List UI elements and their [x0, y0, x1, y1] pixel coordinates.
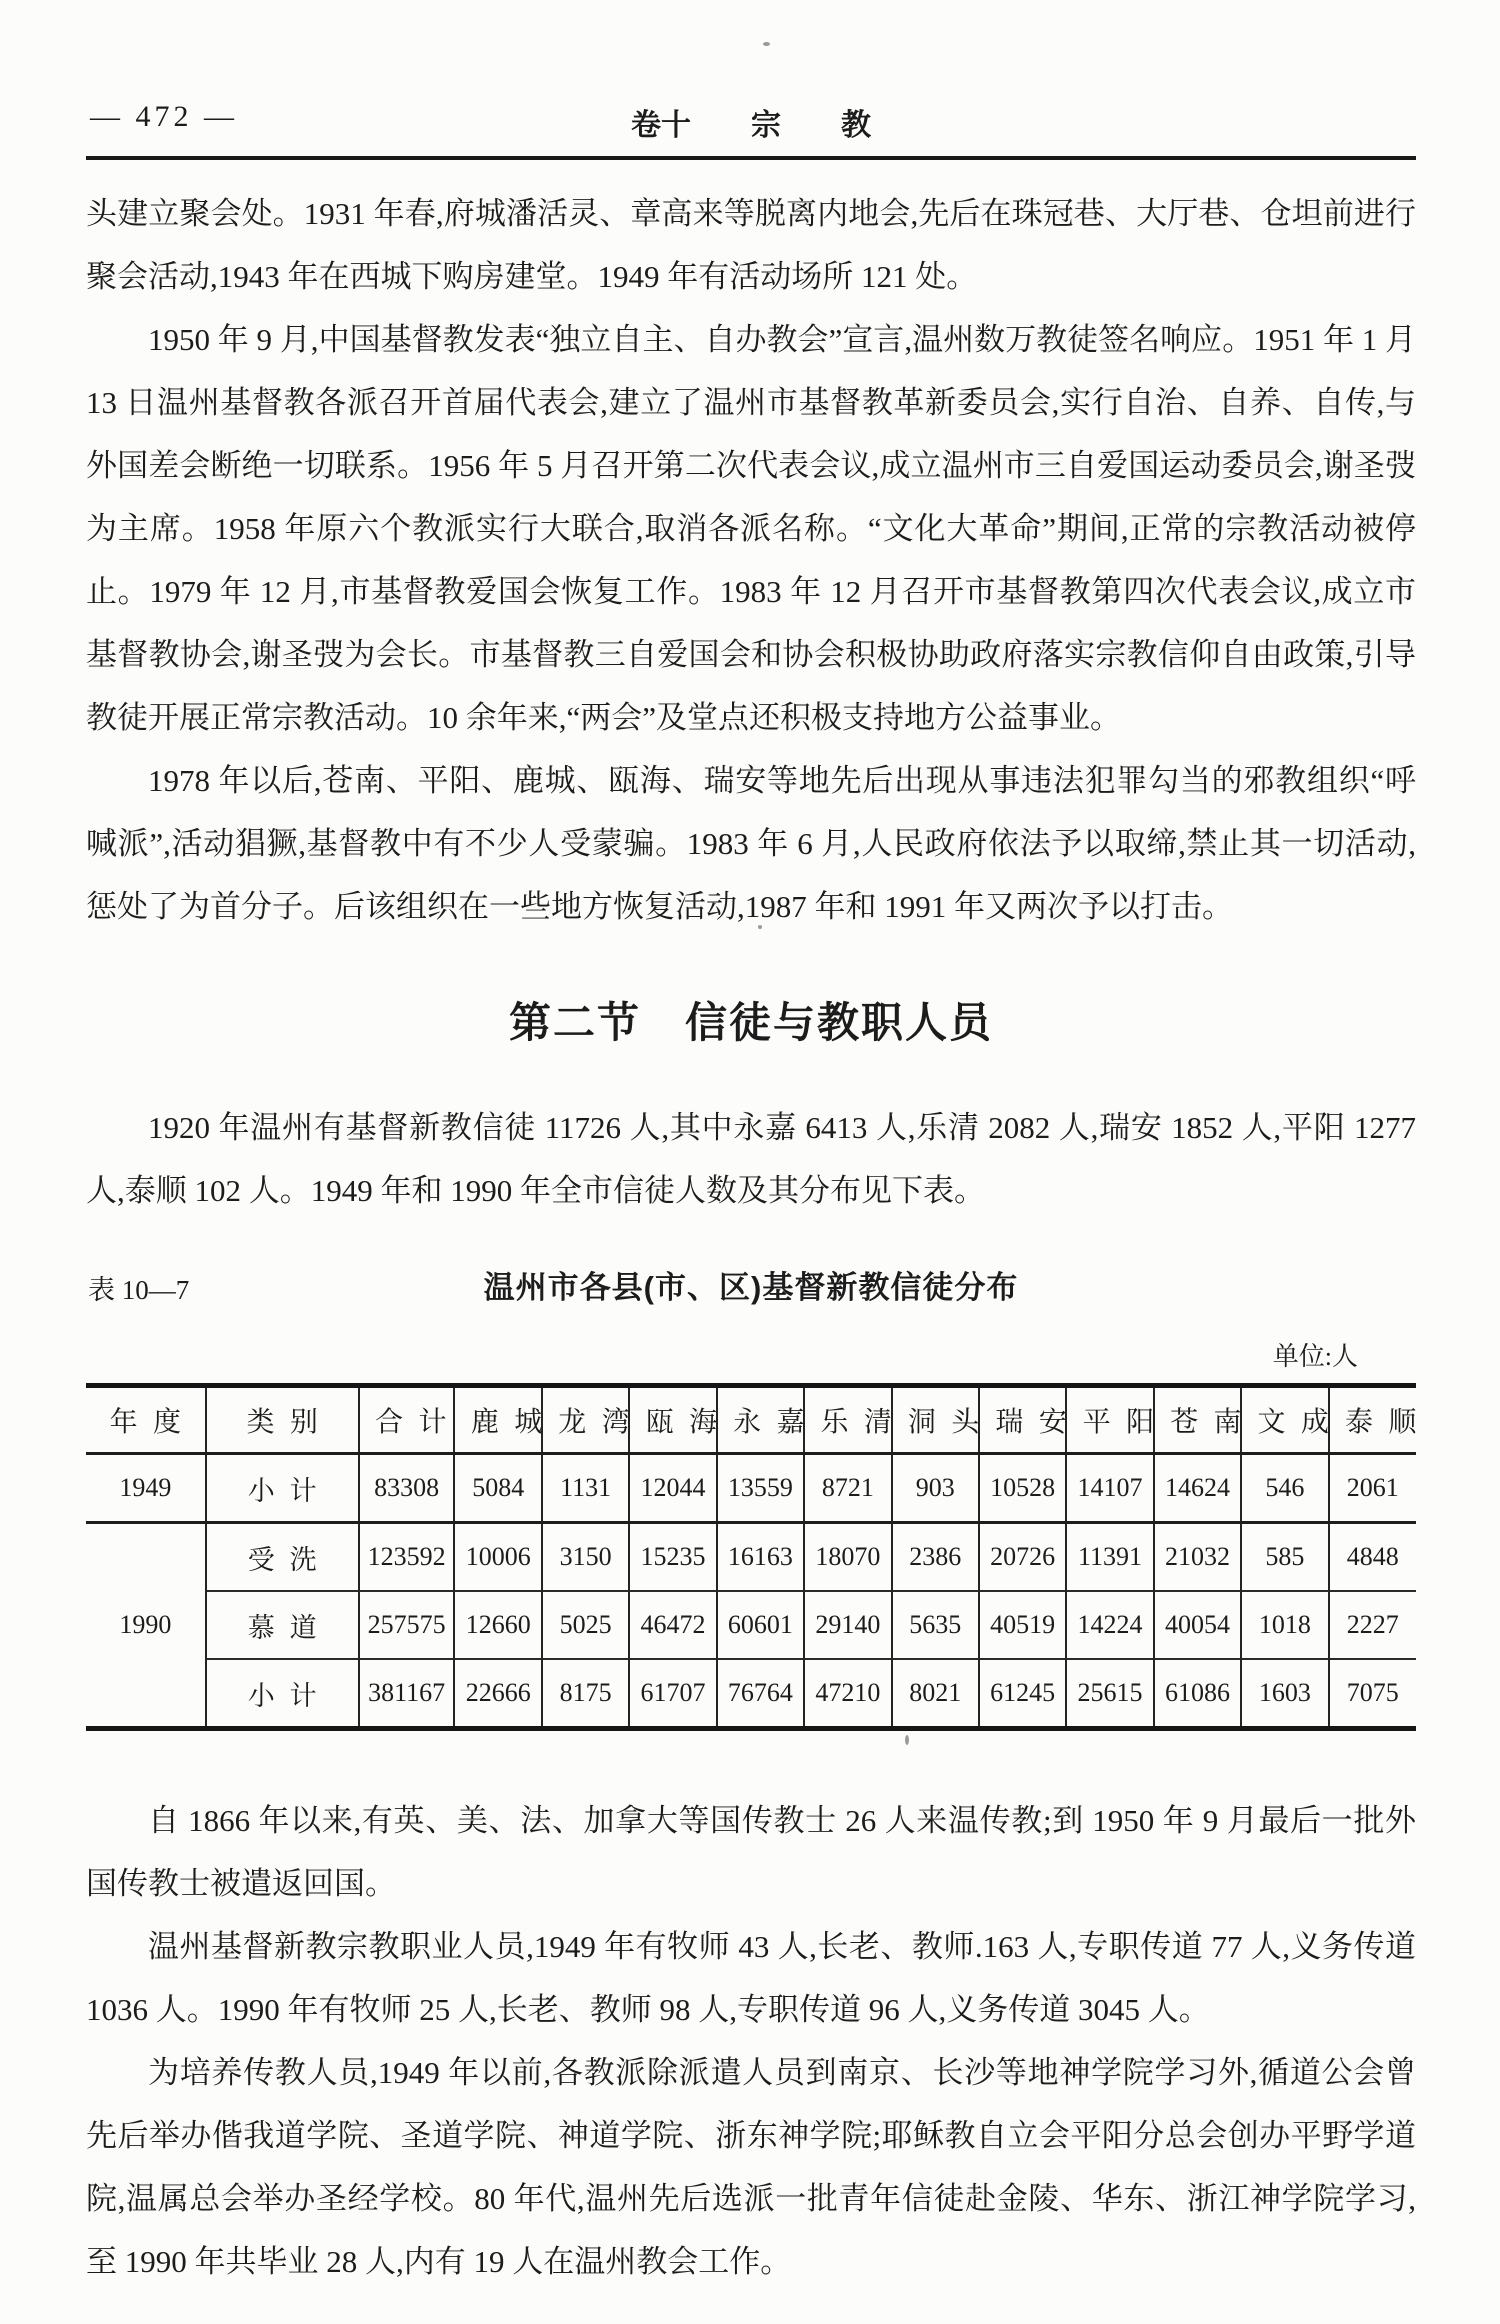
- table-cell: 2386: [892, 1523, 979, 1592]
- category-cell: 受洗: [206, 1523, 359, 1592]
- table-cell: 123592: [359, 1523, 455, 1592]
- table-cell: 1018: [1241, 1591, 1328, 1659]
- table-header-cell: 永嘉: [717, 1386, 804, 1454]
- paragraph: 1920 年温州有基督新教信徒 11726 人,其中永嘉 6413 人,乐清 2…: [86, 1096, 1416, 1222]
- table-cell: 12044: [629, 1454, 716, 1523]
- year-cell: 1990: [86, 1523, 206, 1729]
- unit-label: 单位:人: [86, 1336, 1416, 1373]
- table-cell: 16163: [717, 1523, 804, 1592]
- running-header: — 472 — 卷十 宗 教: [86, 100, 1416, 144]
- table-header-cell: 龙湾: [542, 1386, 629, 1454]
- table-row: 1990 受洗 123592 10006 3150 15235 16163 18…: [86, 1523, 1416, 1592]
- table-cell: 14624: [1154, 1454, 1241, 1523]
- table-cell: 546: [1241, 1454, 1328, 1523]
- scan-speck: [763, 42, 770, 46]
- category-cell: 小计: [206, 1454, 359, 1523]
- table-cell: 40519: [979, 1591, 1066, 1659]
- table-cell: 22666: [454, 1659, 541, 1729]
- scan-speck: [758, 925, 762, 929]
- table-header-cell: 瑞安: [979, 1386, 1066, 1454]
- table-cell: 25615: [1066, 1659, 1153, 1729]
- table-cell: 5084: [454, 1454, 541, 1523]
- table-header-cell: 苍南: [1154, 1386, 1241, 1454]
- table-cell: 21032: [1154, 1523, 1241, 1592]
- table-cell: 5635: [892, 1591, 979, 1659]
- believers-distribution-table: 年度 类别 合计 鹿城 龙湾 瓯海 永嘉 乐清 洞头 瑞安 平阳 苍南 文成 泰…: [86, 1383, 1416, 1731]
- table-cell: 14224: [1066, 1591, 1153, 1659]
- table-cell: 1131: [542, 1454, 629, 1523]
- table-row: 1949 小计 83308 5084 1131 12044 13559 8721…: [86, 1454, 1416, 1523]
- table-cell: 61245: [979, 1659, 1066, 1729]
- table-row: 小计 381167 22666 8175 61707 76764 47210 8…: [86, 1659, 1416, 1729]
- table-cell: 257575: [359, 1591, 455, 1659]
- table-header-cell: 洞头: [892, 1386, 979, 1454]
- table-cell: 18070: [804, 1523, 891, 1592]
- body-text-block: 头建立聚会处。1931 年春,府城潘活灵、章高来等脱离内地会,先后在珠冠巷、大厅…: [86, 182, 1416, 938]
- table-cell: 13559: [717, 1454, 804, 1523]
- table-header-cell: 泰顺: [1329, 1386, 1416, 1454]
- table-cell: 5025: [542, 1591, 629, 1659]
- table-cell: 60601: [717, 1591, 804, 1659]
- header-divider: [86, 156, 1416, 160]
- table-cell: 12660: [454, 1591, 541, 1659]
- table-cell: 381167: [359, 1659, 455, 1729]
- year-cell: 1949: [86, 1454, 206, 1523]
- table-cell: 14107: [1066, 1454, 1153, 1523]
- table-header-cell: 年度: [86, 1386, 206, 1454]
- table-cell: 83308: [359, 1454, 455, 1523]
- table-cell: 1603: [1241, 1659, 1328, 1729]
- table-cell: 10006: [454, 1523, 541, 1592]
- paragraph: 自 1866 年以来,有英、美、法、加拿大等国传教士 26 人来温传教;到 19…: [86, 1789, 1416, 1915]
- paragraph: 为培养传教人员,1949 年以前,各教派除派遣人员到南京、长沙等地神学院学习外,…: [86, 2041, 1416, 2293]
- table-cell: 585: [1241, 1523, 1328, 1592]
- category-cell: 小计: [206, 1659, 359, 1729]
- table-cell: 29140: [804, 1591, 891, 1659]
- table-cell: 46472: [629, 1591, 716, 1659]
- table-cell: 903: [892, 1454, 979, 1523]
- table-cell: 61086: [1154, 1659, 1241, 1729]
- table-cell: 3150: [542, 1523, 629, 1592]
- table-cell: 7075: [1329, 1659, 1416, 1729]
- section-title: 第二节 信徒与教职人员: [86, 990, 1416, 1050]
- table-cell: 8021: [892, 1659, 979, 1729]
- table-header-cell: 鹿城: [454, 1386, 541, 1454]
- paragraph: 头建立聚会处。1931 年春,府城潘活灵、章高来等脱离内地会,先后在珠冠巷、大厅…: [86, 182, 1416, 308]
- table-cell: 61707: [629, 1659, 716, 1729]
- table-cell: 2061: [1329, 1454, 1416, 1523]
- table-title: 温州市各县(市、区)基督新教信徒分布: [86, 1262, 1416, 1307]
- table-cell: 76764: [717, 1659, 804, 1729]
- scanned-page: — 472 — 卷十 宗 教 头建立聚会处。1931 年春,府城潘活灵、章高来等…: [0, 0, 1500, 2324]
- table-header-cell: 合计: [359, 1386, 455, 1454]
- category-cell: 慕道: [206, 1591, 359, 1659]
- table-cell: 11391: [1066, 1523, 1153, 1592]
- scan-speck: [905, 1735, 909, 1745]
- paragraph: 1950 年 9 月,中国基督教发表“独立自主、自办教会”宣言,温州数万教徒签名…: [86, 308, 1416, 749]
- table-cell: 20726: [979, 1523, 1066, 1592]
- paragraph: 1978 年以后,苍南、平阳、鹿城、瓯海、瑞安等地先后出现从事违法犯罪勾当的邪教…: [86, 749, 1416, 938]
- table-cell: 8721: [804, 1454, 891, 1523]
- paragraph: 温州基督新教宗教职业人员,1949 年有牧师 43 人,长老、教师.163 人,…: [86, 1915, 1416, 2041]
- volume-title: 卷十 宗 教: [86, 100, 1416, 144]
- table-header-cell: 瓯海: [629, 1386, 716, 1454]
- table-cell: 47210: [804, 1659, 891, 1729]
- table-cell: 40054: [1154, 1591, 1241, 1659]
- table-header-cell: 平阳: [1066, 1386, 1153, 1454]
- table-header-cell: 乐清: [804, 1386, 891, 1454]
- table-row: 慕道 257575 12660 5025 46472 60601 29140 5…: [86, 1591, 1416, 1659]
- table-cell: 2227: [1329, 1591, 1416, 1659]
- table-header-row: 年度 类别 合计 鹿城 龙湾 瓯海 永嘉 乐清 洞头 瑞安 平阳 苍南 文成 泰…: [86, 1386, 1416, 1454]
- table-header-cell: 文成: [1241, 1386, 1328, 1454]
- table-cell: 10528: [979, 1454, 1066, 1523]
- table-cell: 4848: [1329, 1523, 1416, 1592]
- table-cell: 8175: [542, 1659, 629, 1729]
- body-text-block: 自 1866 年以来,有英、美、法、加拿大等国传教士 26 人来温传教;到 19…: [86, 1789, 1416, 2293]
- table-caption-row: 表 10—7 温州市各县(市、区)基督新教信徒分布: [86, 1262, 1416, 1306]
- table-header-cell: 类别: [206, 1386, 359, 1454]
- body-text-block: 1920 年温州有基督新教信徒 11726 人,其中永嘉 6413 人,乐清 2…: [86, 1096, 1416, 1222]
- table-cell: 15235: [629, 1523, 716, 1592]
- page-content: — 472 — 卷十 宗 教 头建立聚会处。1931 年春,府城潘活灵、章高来等…: [0, 0, 1500, 2293]
